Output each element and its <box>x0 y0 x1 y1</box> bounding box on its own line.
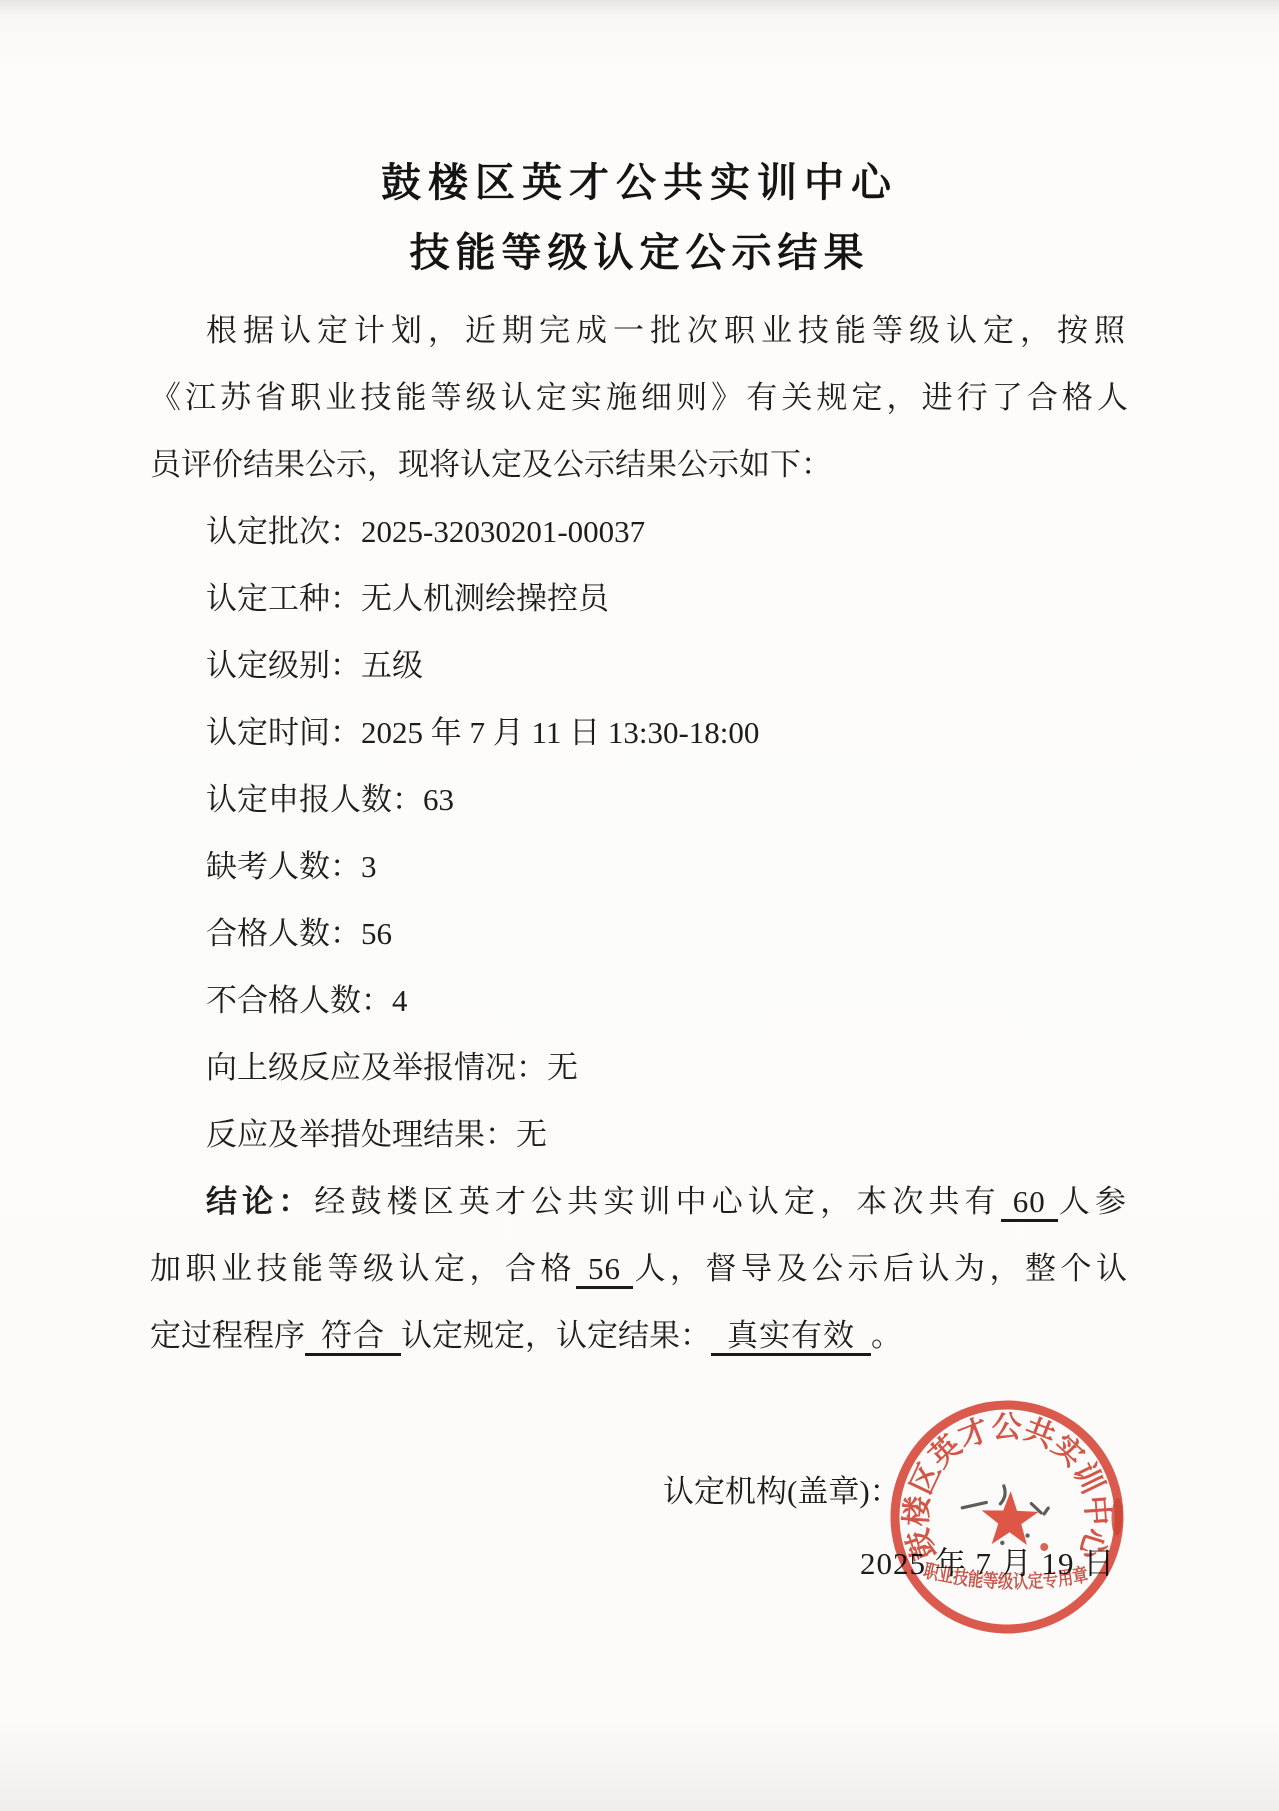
conclusion-line-1: 结论：经鼓楼区英才公共实训中心认定，本次共有60人参 <box>150 1168 1130 1235</box>
blank-passed-count: 56 <box>576 1251 633 1289</box>
detail-line-failed: 不合格人数：4 <box>150 967 1130 1034</box>
detail-label: 向上级反应及举报情况： <box>206 1050 547 1085</box>
detail-label: 不合格人数： <box>206 983 392 1018</box>
detail-value: 3 <box>361 849 377 884</box>
detail-value: 无 <box>547 1050 578 1085</box>
conclusion-text: 加职业技能等级认定，合格 <box>150 1251 576 1286</box>
svg-text:职业技能等级认定专用章: 职业技能等级认定专用章 <box>921 1559 1090 1596</box>
detail-label: 合格人数： <box>206 916 361 951</box>
ink-dot <box>1025 1533 1030 1538</box>
blank-result-validity: 真实有效 <box>711 1318 871 1356</box>
detail-value: 63 <box>423 782 454 817</box>
ink-dot <box>1000 1541 1005 1546</box>
detail-label: 认定工种： <box>206 581 361 616</box>
intro-line-2: 《江苏省职业技能等级认定实施细则》有关规定，进行了合格人 <box>150 364 1130 431</box>
document-body: 根据认定计划，近期完成一批次职业技能等级认定，按照 《江苏省职业技能等级认定实施… <box>150 297 1130 1369</box>
detail-line-handling: 反应及举措处理结果：无 <box>150 1101 1130 1168</box>
detail-line-applicants: 认定申报人数：63 <box>150 766 1130 833</box>
intro-line-1: 根据认定计划，近期完成一批次职业技能等级认定，按照 <box>150 297 1130 364</box>
detail-line-reports: 向上级反应及举报情况：无 <box>150 1034 1130 1101</box>
conclusion-text: 人参 <box>1058 1184 1130 1219</box>
detail-label: 反应及举措处理结果： <box>206 1117 516 1152</box>
official-seal: 鼓楼区英才公共实训中心 职业技能等级认定专用章 <box>879 1389 1135 1645</box>
conclusion-text: 经鼓楼区英才公共实训中心认定，本次共有 <box>314 1184 1000 1219</box>
intro-line-3: 员评价结果公示，现将认定及公示结果公示如下： <box>150 431 1130 498</box>
detail-value: 2025 年 7 月 11 日 13:30-18:00 <box>361 715 759 750</box>
detail-line-occupation: 认定工种：无人机测绘操控员 <box>150 565 1130 632</box>
detail-label: 认定级别： <box>206 648 361 683</box>
red-ink-dot <box>1040 1543 1048 1551</box>
detail-value: 2025-32030201-00037 <box>361 514 645 549</box>
certifying-org-label: 认定机构(盖章)： <box>663 1474 901 1510</box>
conclusion-line-2: 加职业技能等级认定，合格56人，督导及公示后认为，整个认 <box>150 1235 1130 1302</box>
conclusion-text: 人，督导及公示后认为，整个认 <box>633 1251 1130 1286</box>
detail-value: 4 <box>392 983 408 1018</box>
detail-line-absent: 缺考人数：3 <box>150 833 1130 900</box>
conclusion-label: 结论： <box>206 1184 314 1219</box>
conclusion-text: 认定规定，认定结果： <box>401 1318 711 1353</box>
conclusion-text: 定过程程序 <box>150 1318 305 1353</box>
detail-label: 认定批次： <box>206 514 361 549</box>
notice-document-page: 鼓楼区英才公共实训中心 技能等级认定公示结果 根据认定计划，近期完成一批次职业技… <box>0 0 1279 1811</box>
conclusion-text: 。 <box>871 1318 902 1353</box>
blank-compliance: 符合 <box>305 1318 401 1356</box>
document-title-line1: 鼓楼区英才公共实训中心 <box>0 158 1279 208</box>
conclusion-line-3: 定过程程序符合认定规定，认定结果：真实有效。 <box>150 1302 1130 1369</box>
detail-line-level: 认定级别：五级 <box>150 632 1130 699</box>
detail-value: 无人机测绘操控员 <box>361 581 609 616</box>
detail-value: 五级 <box>361 648 423 683</box>
detail-value: 无 <box>516 1117 547 1152</box>
detail-value: 56 <box>361 916 392 951</box>
detail-line-passed: 合格人数：56 <box>150 900 1130 967</box>
blank-participant-count: 60 <box>1001 1184 1058 1222</box>
document-title-line2: 技能等级认定公示结果 <box>0 228 1279 278</box>
detail-label: 认定时间： <box>206 715 361 750</box>
stamp-bottom-text: 职业技能等级认定专用章 <box>921 1559 1090 1596</box>
star-icon <box>981 1490 1039 1545</box>
detail-line-batch: 认定批次：2025-32030201-00037 <box>150 498 1130 565</box>
detail-label: 认定申报人数： <box>206 782 423 817</box>
detail-line-time: 认定时间：2025 年 7 月 11 日 13:30-18:00 <box>150 699 1130 766</box>
detail-label: 缺考人数： <box>206 849 361 884</box>
